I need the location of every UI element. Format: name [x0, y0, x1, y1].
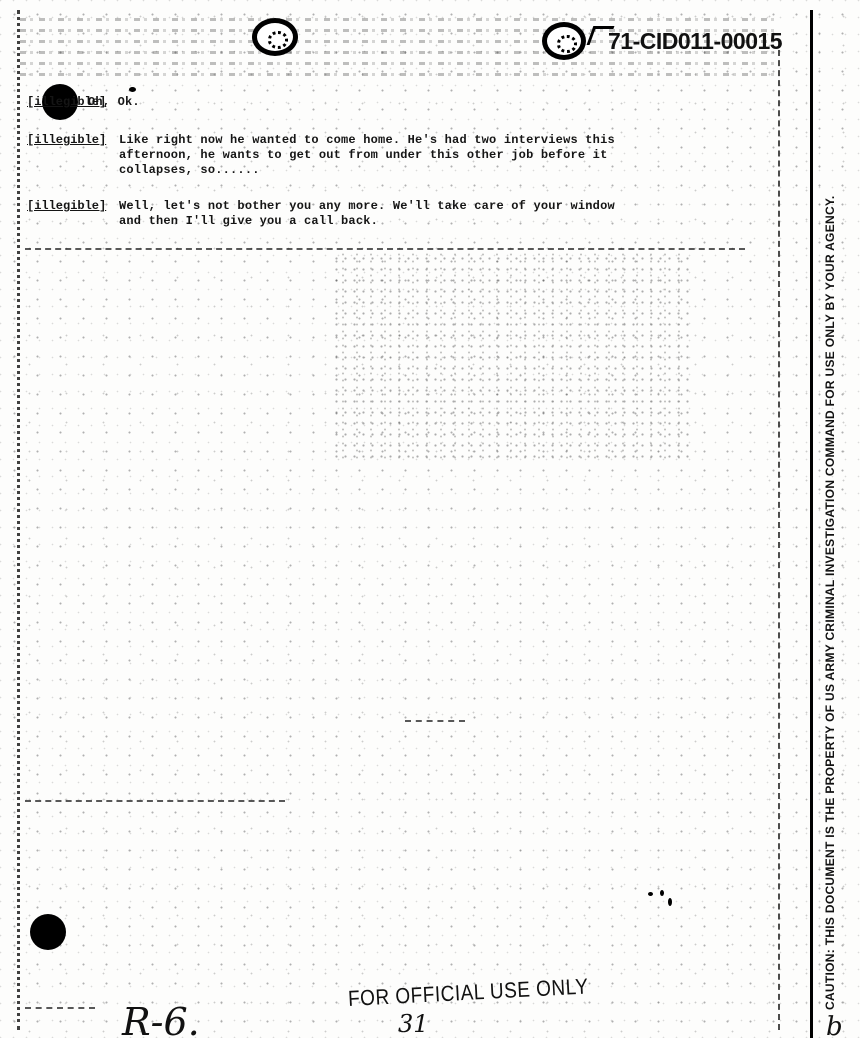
handwritten-mark: R-6.: [122, 1000, 200, 1038]
circular-stamp-icon: [542, 22, 586, 60]
page-number: 31: [398, 1010, 429, 1038]
transcript-line: Well, let's not bother you any more. We'…: [119, 199, 615, 213]
circular-stamp-icon: [252, 18, 298, 56]
transcript-line: afternoon, he wants to get out from unde…: [119, 148, 607, 162]
corner-handwritten-mark: b: [826, 1012, 843, 1038]
speck: [648, 892, 653, 896]
dashed-rule: [25, 248, 745, 250]
document-number: 71-CID011-00015: [608, 28, 782, 55]
photocopy-noise-dense: [330, 250, 690, 460]
transcript-line: collapses, so......: [119, 163, 260, 177]
caution-border-rule: [810, 10, 813, 1038]
caution-notice: CAUTION: THIS DOCUMENT IS THE PROPERTY O…: [823, 195, 837, 1010]
transcript-line: Like right now he wanted to come home. H…: [119, 133, 615, 147]
transcript-line: and then I'll give you a call back.: [119, 214, 378, 228]
official-use-stamp: FOR OFFICIAL USE ONLY: [348, 975, 590, 1013]
speck: [129, 87, 136, 92]
speck: [660, 890, 664, 896]
punch-hole-icon: [30, 914, 66, 950]
dashed-rule: [405, 720, 465, 722]
transcript-line: Oh, Ok.: [88, 95, 140, 109]
margin-rule: [778, 40, 780, 1030]
speaker-label: [illegible]: [27, 133, 106, 147]
speaker-label: [illegible]: [27, 199, 106, 213]
dashed-rule: [25, 1007, 95, 1009]
dashed-rule: [25, 800, 285, 802]
document-page: 71-CID011-00015 [illegible] Oh, Ok. [ill…: [0, 0, 860, 1038]
speck: [668, 898, 672, 906]
left-page-edge: [17, 10, 20, 1030]
